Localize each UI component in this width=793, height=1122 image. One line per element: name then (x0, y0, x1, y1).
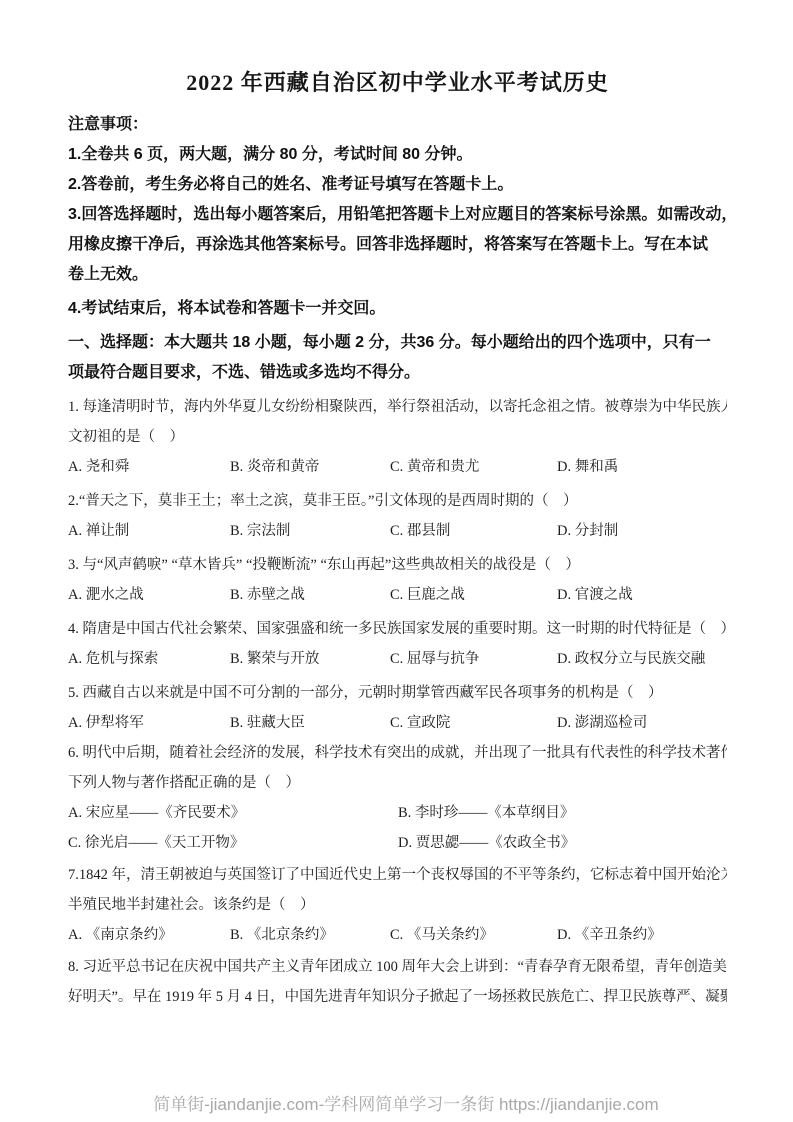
question-4-option-c: C. 屈辱与抗争 (390, 644, 557, 674)
notice-item-4: 4.考试结束后，将本试卷和答题卡一并交回。 (68, 294, 727, 324)
question-6-option-c: C. 徐光启——《天工开物》 (68, 828, 398, 858)
question-7-stem-line-2: 半殖民地半封建社会。该条约是（ ） (68, 890, 727, 920)
exam-paper-page: 2022 年西藏自治区初中学业水平考试历史 注意事项： 1.全卷共 6 页，两大… (0, 0, 793, 1122)
section-one-header: 一、选择题：本大题共 18 小题，每小题 2 分，共36 分。每小题给出的四个选… (68, 328, 727, 388)
question-3-option-b: B. 赤壁之战 (230, 580, 390, 610)
question-6: 6. 明代中后期，随着社会经济的发展，科学技术有突出的成就，并出现了一批具有代表… (68, 738, 727, 858)
question-4-option-a: A. 危机与探索 (68, 644, 230, 674)
question-2-option-c: C. 郡县制 (390, 516, 557, 546)
question-1-option-a: A. 尧和舜 (68, 452, 230, 482)
question-7-stem-line-1: 7.1842 年，清王朝被迫与英国签订了中国近代史上第一个丧权辱国的不平等条约，… (68, 860, 727, 890)
question-3: 3. 与“风声鹤唳” “草木皆兵” “投鞭断流” “东山再起”这些典故相关的战役… (68, 550, 727, 610)
question-5-option-d: D. 澎湖巡检司 (557, 708, 727, 738)
question-5-option-c: C. 宣政院 (390, 708, 557, 738)
question-6-option-a: A. 宋应星——《齐民要术》 (68, 798, 398, 828)
question-5-options: A. 伊犁将军 B. 驻藏大臣 C. 宣政院 D. 澎湖巡检司 (68, 708, 727, 738)
section-one-line-2: 项最符合题目要求，不选、错选或多选均不得分。 (68, 358, 727, 388)
question-1: 1. 每逢清明时节，海内外华夏儿女纷纷相聚陕西，举行祭祖活动，以寄托念祖之情。被… (68, 392, 727, 482)
question-2-option-d: D. 分封制 (557, 516, 727, 546)
question-7-option-d: D. 《辛丑条约》 (557, 920, 727, 950)
footer-link[interactable]: 简单街-jiandanjie.com-学科网简单学习一条街 https://ji… (153, 1095, 658, 1114)
question-8: 8. 习近平总书记在庆祝中国共产主义青年团成立 100 周年大会上讲到：“青春孕… (68, 952, 727, 1012)
question-3-option-d: D. 官渡之战 (557, 580, 727, 610)
question-3-option-a: A. 淝水之战 (68, 580, 230, 610)
notice-item-3-line-2: 用橡皮擦干净后，再涂选其他答案标号。回答非选择题时，将答案写在答题卡上。写在本试 (68, 230, 727, 260)
question-1-option-c: C. 黄帝和贵尤 (390, 452, 557, 482)
question-7-option-c: C. 《马关条约》 (390, 920, 557, 950)
question-2-options: A. 禅让制 B. 宗法制 C. 郡县制 D. 分封制 (68, 516, 727, 546)
question-7-options: A. 《南京条约》 B. 《北京条约》 C. 《马关条约》 D. 《辛丑条约》 (68, 920, 727, 950)
question-7-option-a: A. 《南京条约》 (68, 920, 230, 950)
question-8-stem-line-2: 好明天”。早在 1919 年 5 月 4 日，中国先进青年知识分子掀起了一场拯救… (68, 982, 727, 1012)
section-one-line-1: 一、选择题：本大题共 18 小题，每小题 2 分，共36 分。每小题给出的四个选… (68, 328, 727, 358)
question-1-option-b: B. 炎帝和黄帝 (230, 452, 390, 482)
question-4: 4. 隋唐是中国古代社会繁荣、国家强盛和统一多民族国家发展的重要时期。这一时期的… (68, 614, 727, 674)
question-2-option-b: B. 宗法制 (230, 516, 390, 546)
question-5-option-a: A. 伊犁将军 (68, 708, 230, 738)
question-2-option-a: A. 禅让制 (68, 516, 230, 546)
notice-item-3-line-3: 卷上无效。 (68, 260, 727, 290)
question-3-option-c: C. 巨鹿之战 (390, 580, 557, 610)
question-4-option-d: D. 政权分立与民族交融 (557, 644, 727, 674)
question-6-stem-line-2: 下列人物与著作搭配正确的是（ ） (68, 768, 727, 798)
question-6-options-row-1: A. 宋应星——《齐民要术》 B. 李时珍——《本草纲目》 (68, 798, 727, 828)
question-6-stem-line-1: 6. 明代中后期，随着社会经济的发展，科学技术有突出的成就，并出现了一批具有代表… (68, 738, 727, 768)
question-4-stem: 4. 隋唐是中国古代社会繁荣、国家强盛和统一多民族国家发展的重要时期。这一时期的… (68, 614, 727, 644)
question-1-options: A. 尧和舜 B. 炎帝和黄帝 C. 黄帝和贵尤 D. 舞和禹 (68, 452, 727, 482)
questions-list: 1. 每逢清明时节，海内外华夏儿女纷纷相聚陕西，举行祭祖活动，以寄托念祖之情。被… (68, 392, 727, 1012)
question-4-option-b: B. 繁荣与开放 (230, 644, 390, 674)
question-3-options: A. 淝水之战 B. 赤壁之战 C. 巨鹿之战 D. 官渡之战 (68, 580, 727, 610)
question-8-stem-line-1: 8. 习近平总书记在庆祝中国共产主义青年团成立 100 周年大会上讲到：“青春孕… (68, 952, 727, 982)
notice-item-3-line-1: 3.回答选择题时，选出每小题答案后，用铅笔把答题卡上对应题目的答案标号涂黑。如需… (68, 200, 727, 230)
notice-item-1: 1.全卷共 6 页，两大题，满分 80 分，考试时间 80 分钟。 (68, 140, 727, 170)
question-2: 2.“普天之下，莫非王土；率土之滨，莫非王臣。”引文体现的是西周时期的（ ） A… (68, 486, 727, 546)
page-title: 2022 年西藏自治区初中学业水平考试历史 (68, 66, 727, 100)
question-6-option-d: D. 贾思勰——《农政全书》 (398, 828, 727, 858)
question-7-option-b: B. 《北京条约》 (230, 920, 390, 950)
question-1-stem-line-1: 1. 每逢清明时节，海内外华夏儿女纷纷相聚陕西，举行祭祖活动，以寄托念祖之情。被… (68, 392, 727, 422)
question-1-option-d: D. 舞和禹 (557, 452, 727, 482)
question-2-stem: 2.“普天之下，莫非王土；率土之滨，莫非王臣。”引文体现的是西周时期的（ ） (68, 486, 727, 516)
question-7: 7.1842 年，清王朝被迫与英国签订了中国近代史上第一个丧权辱国的不平等条约，… (68, 860, 727, 950)
question-4-options: A. 危机与探索 B. 繁荣与开放 C. 屈辱与抗争 D. 政权分立与民族交融 (68, 644, 727, 674)
question-3-stem: 3. 与“风声鹤唳” “草木皆兵” “投鞭断流” “东山再起”这些典故相关的战役… (68, 550, 727, 580)
notice-item-2: 2.答卷前，考生务必将自己的姓名、准考证号填写在答题卡上。 (68, 170, 727, 200)
notice-heading: 注意事项： (68, 110, 727, 140)
question-6-option-b: B. 李时珍——《本草纲目》 (398, 798, 727, 828)
question-1-stem-line-2: 文初祖的是（ ） (68, 422, 727, 452)
question-5-option-b: B. 驻藏大臣 (230, 708, 390, 738)
question-6-options-row-2: C. 徐光启——《天工开物》 D. 贾思勰——《农政全书》 (68, 828, 727, 858)
footer-watermark: 简单街-jiandanjie.com-学科网简单学习一条街 https://ji… (0, 1066, 793, 1092)
question-5: 5. 西藏自古以来就是中国不可分割的一部分，元朝时期掌管西藏军民各项事务的机构是… (68, 678, 727, 738)
question-5-stem: 5. 西藏自古以来就是中国不可分割的一部分，元朝时期掌管西藏军民各项事务的机构是… (68, 678, 727, 708)
notice-section: 注意事项： 1.全卷共 6 页，两大题，满分 80 分，考试时间 80 分钟。 … (68, 110, 727, 324)
